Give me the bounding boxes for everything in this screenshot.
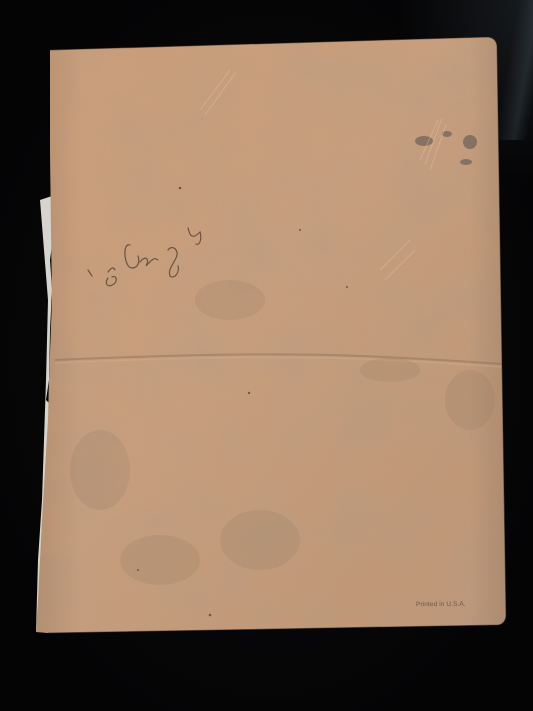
printed-in-usa-imprint: Printed in U.S.A. bbox=[416, 601, 466, 609]
